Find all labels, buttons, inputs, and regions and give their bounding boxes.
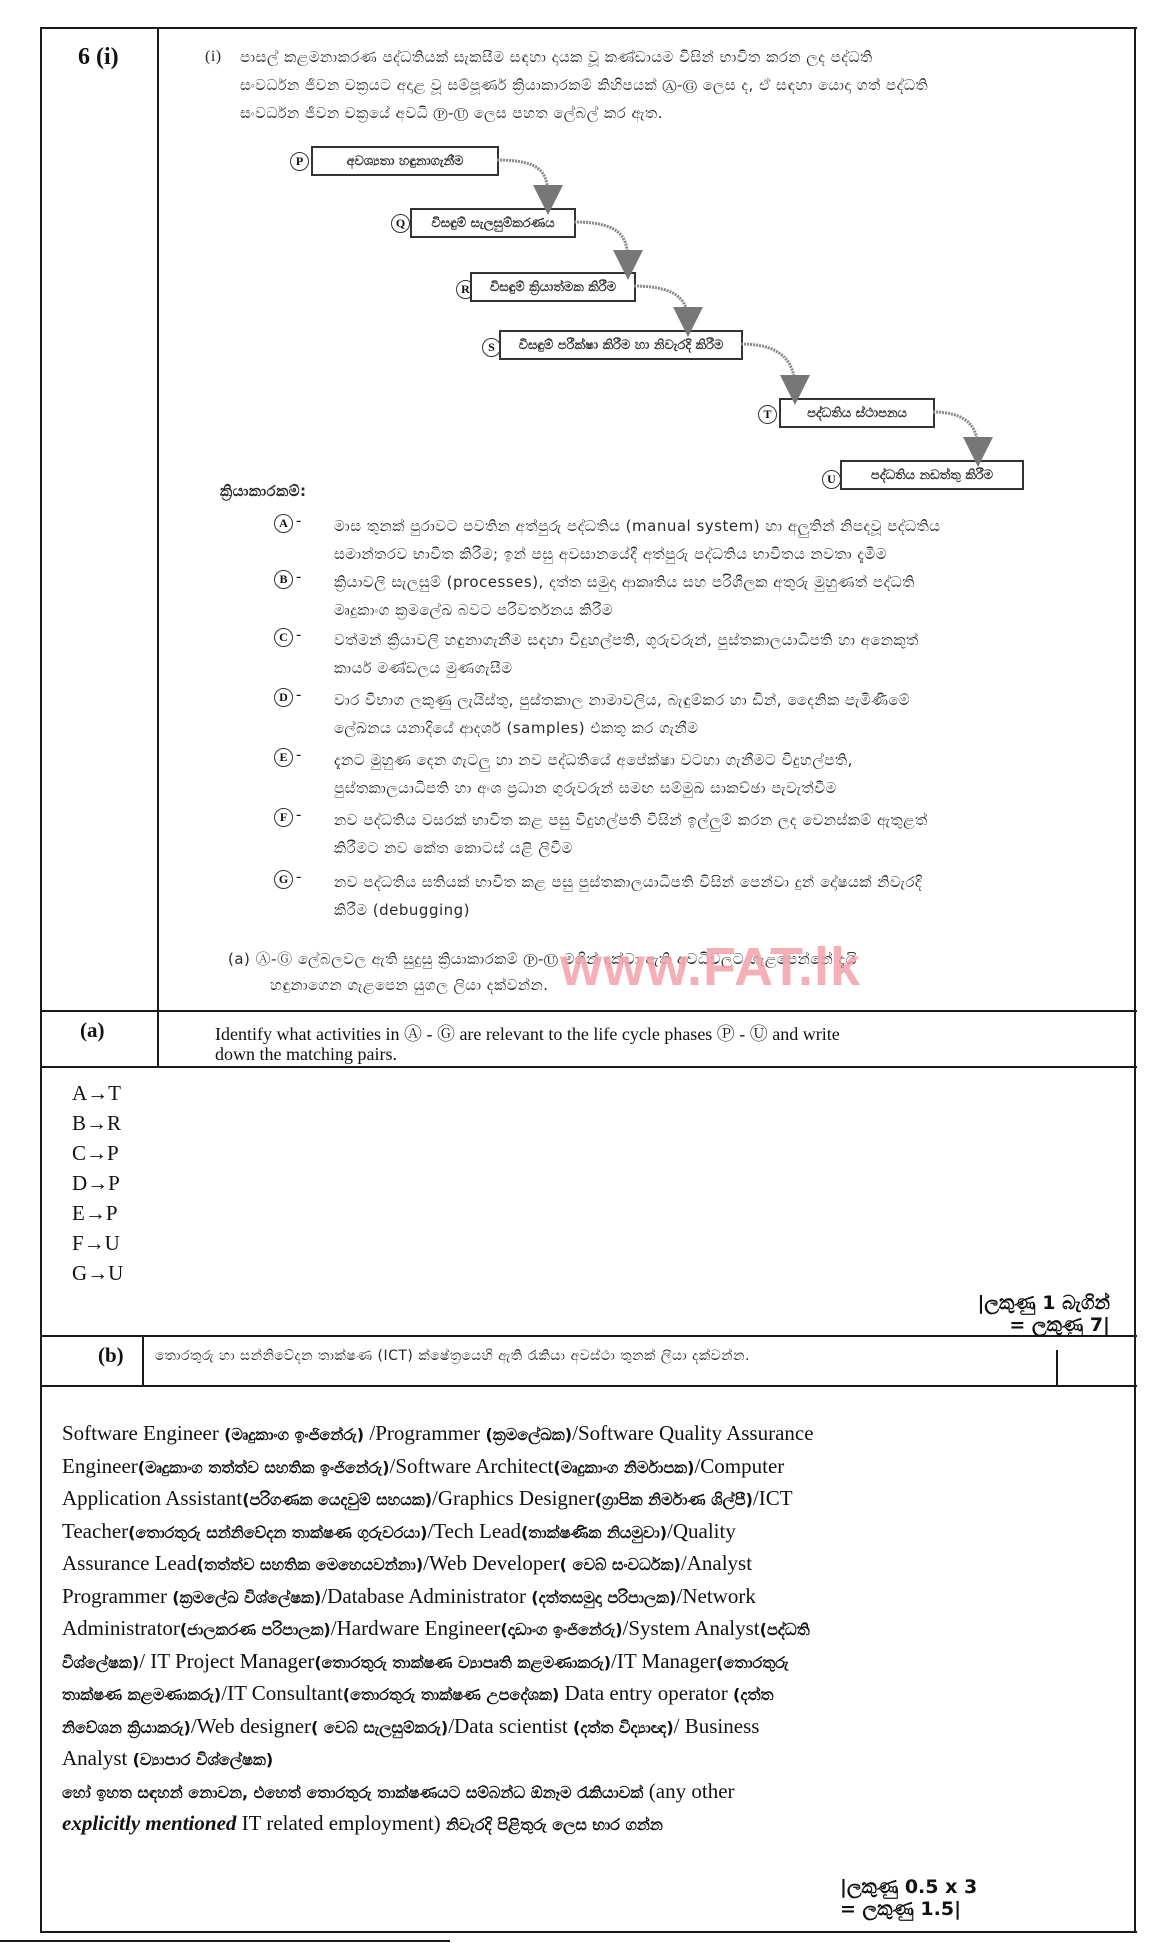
part-b-marks: |ලකුණු 0.5 x 3 = ලකුණු 1.5| — [840, 1876, 1070, 1920]
activity-a: A- මාස තුනක් පුරාවට පවතින අත්පුරු පද්ධති… — [272, 512, 1122, 568]
answer-pair: G→U — [72, 1258, 123, 1288]
answer-line: Application Assistant(පරිගණක යෙදවුම් සහය… — [62, 1483, 1122, 1516]
answer-pair: B→R — [72, 1108, 123, 1138]
activity-f: F- නව පද්ධතිය වසරක් භාවිත කළ පසු විදුහල්… — [272, 806, 1122, 862]
col-divider-b — [142, 1335, 144, 1385]
part-a-question-line-2: down the matching pairs. — [215, 1044, 1125, 1065]
table-bottom-border — [40, 1931, 1137, 1933]
activities-heading: ක්‍රියාකාරකම්: — [220, 482, 307, 500]
answer-pair: C→P — [72, 1138, 123, 1168]
part-a-marks: |ලකුණු 1 බැගින් = ලකුණු 7| — [880, 1292, 1110, 1336]
row-divider-b-end — [40, 1385, 1137, 1387]
activity-marker: G — [274, 870, 293, 889]
activity-marker: A — [274, 514, 293, 533]
activity-text: නව පද්ධතිය වසරක් භාවිත කළ පසු විදුහල්පති… — [334, 806, 1122, 862]
part-a-label: (a) — [80, 1018, 105, 1043]
answer-line: Programmer (ක්‍රමලේඛ විශ්ලේෂක)/Database … — [62, 1581, 1122, 1614]
activity-marker: B — [274, 570, 293, 589]
row-divider-a — [40, 1010, 1137, 1012]
part-a-answers: A→T B→R C→P D→P E→P F→U G→U — [72, 1078, 123, 1288]
answer-line: Teacher(තොරතුරු සන්නිවේදන තාක්ෂණ ගුරුවරය… — [62, 1516, 1122, 1549]
activity-marker: C — [274, 628, 293, 647]
answer-pair: D→P — [72, 1168, 123, 1198]
flow-arrows — [0, 0, 1162, 520]
activity-e: E- දැනට මුහුණ දෙන ගැටලු හා නව පද්ධතියේ අ… — [272, 746, 1122, 802]
activity-text: දැනට මුහුණ දෙන ගැටලු හා නව පද්ධතියේ අපේක… — [334, 746, 1122, 802]
activity-text: ක්‍රියාවලි සැලසුම් (processes), දත්ත සමු… — [334, 568, 1122, 624]
page-bottom-rule — [0, 1940, 450, 1942]
answer-line: නිවේශන ක්‍රියාකරු)/Web designer( වෙබ් සැ… — [62, 1711, 1122, 1744]
activity-d: D- වාර විභාග ලකුණු ලැයිස්තු, පුස්තකාල නා… — [272, 686, 1122, 742]
answer-line: Software Engineer (මෘදුකාංග ඉංජිනේරු) /P… — [62, 1418, 1122, 1451]
answer-pair: F→U — [72, 1228, 123, 1258]
activity-text: වාර විභාග ලකුණු ලැයිස්තු, පුස්තකාල නාමාව… — [334, 686, 1122, 742]
answer-line: Engineer(මෘදුකාංග තත්ත්ව සහතික ඉංජිනේරු)… — [62, 1451, 1122, 1484]
activity-marker: D — [274, 688, 293, 707]
answer-line: විශ්ලේෂක)/ IT Project Manager(තොරතුරු තා… — [62, 1646, 1122, 1679]
answer-line: තාක්ෂණ කළමණාකරු)/IT Consultant(තොරතුරු ත… — [62, 1678, 1122, 1711]
activity-marker: E — [274, 748, 293, 767]
activity-text: වත්මන් ක්‍රියාවලි හඳුනාගැනීම සඳහා විදුහල… — [334, 626, 1122, 682]
part-b-question: තොරතුරු හා සන්නිවේදන තාක්ෂණ (ICT) ක්ෂේත්… — [155, 1348, 1055, 1364]
activity-b: B- ක්‍රියාවලි සැලසුම් (processes), දත්ත … — [272, 568, 1122, 624]
note-line-1: හෝ ඉහත සඳහන් නොවන, එහෙත් තොරතුරු තාක්ෂණය… — [62, 1776, 1122, 1809]
note-line-2: explicitly mentioned IT related employme… — [62, 1808, 1122, 1841]
activity-g: G- නව පද්ධතිය සතියක් භාවිත කළ පසු පුස්තක… — [272, 868, 1122, 924]
row-divider-a-end — [40, 1066, 1137, 1068]
answer-line: Assurance Lead(තත්ත්ව සහතික මෙහෙයවන්නා)/… — [62, 1548, 1122, 1581]
answer-line: Administrator(ජාලකරණ පරිපාලක)/Hardware E… — [62, 1613, 1122, 1646]
part-b-answer: Software Engineer (මෘදුකාංග ඉංජිනේරු) /P… — [62, 1418, 1122, 1841]
answer-line: Analyst (ව්‍යාපාර විශ්ලේෂක) — [62, 1743, 1122, 1776]
b-inner-right-border — [1056, 1350, 1058, 1385]
activity-text: මාස තුනක් පුරාවට පවතින අත්පුරු පද්ධතිය (… — [334, 512, 1122, 568]
activity-text: නව පද්ධතිය සතියක් භාවිත කළ පසු පුස්තකාලය… — [334, 868, 1122, 924]
part-b-label: (b) — [98, 1343, 124, 1368]
answer-pair: E→P — [72, 1198, 123, 1228]
activity-marker: F — [274, 808, 293, 827]
part-a-question-line-1: Identify what activities in Ⓐ - Ⓖ are re… — [215, 1020, 1125, 1046]
answer-pair: A→T — [72, 1078, 123, 1108]
watermark: www.FAT.lk — [560, 936, 861, 998]
activity-c: C- වත්මන් ක්‍රියාවලි හඳුනාගැනීම සඳහා විද… — [272, 626, 1122, 682]
